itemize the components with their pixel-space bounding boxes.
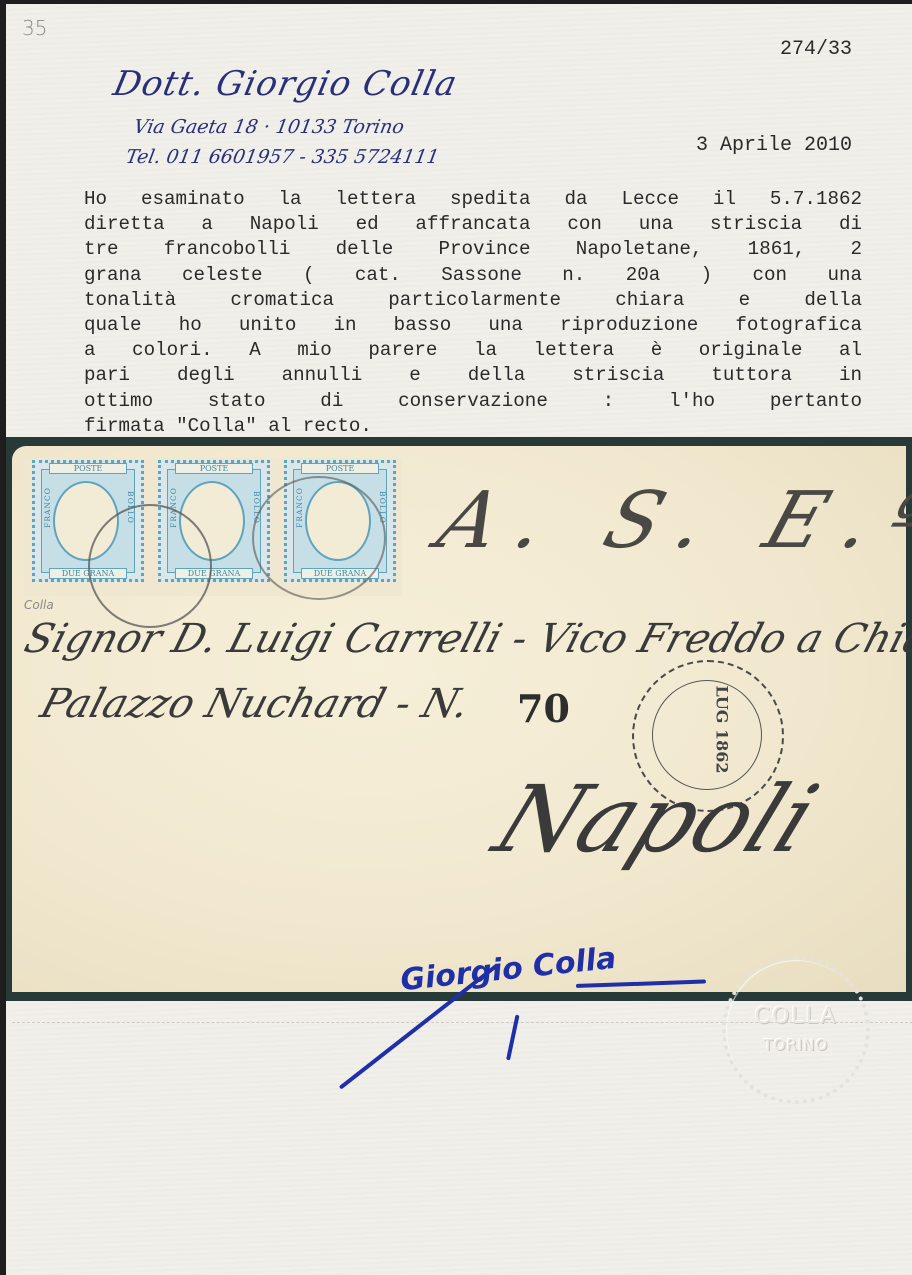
reference-number: 274/33 <box>780 38 852 61</box>
embossed-seal: COLLA TORINO <box>722 956 870 1104</box>
seal-line-2: TORINO <box>726 1036 866 1054</box>
address-city: Napoli <box>480 766 832 873</box>
body-line: Ho esaminato la lettera spedita da Lecce… <box>84 187 862 212</box>
seal-line-1: COLLA <box>726 1004 866 1029</box>
certificate-body: Ho esaminato la lettera spedita da Lecce… <box>84 187 862 439</box>
body-line: tonalità cromatica particolarmente chiar… <box>84 288 862 313</box>
address-line-building: Palazzo Nuchard - N. <box>35 681 474 727</box>
stamp-top-label: POSTE <box>175 463 253 474</box>
body-line: pari degli annulli e della striscia tutt… <box>84 363 862 388</box>
postmark-date: LUG 1862 <box>713 685 732 773</box>
letterhead-name: Dott. Giorgio Colla <box>110 64 461 104</box>
cancellation-mark <box>252 476 386 600</box>
stamp-left-label: FRANCO <box>43 487 52 528</box>
address-line-honorific: A. S. E.ª <box>427 476 912 566</box>
envelope-photo: POSTE DUE GRANA FRANCO BOLLO POSTE DUE G… <box>12 446 906 992</box>
body-line: diretta a Napoli ed affrancata con una s… <box>84 212 862 237</box>
body-line: tre francobolli delle Province Napoletan… <box>84 237 862 262</box>
body-line: a colori. A mio parere la lettera è orig… <box>84 338 862 363</box>
address-line-recipient: Signor D. Luigi Carrelli - Vico Freddo a… <box>19 616 912 662</box>
stamp-top-label: POSTE <box>301 463 379 474</box>
certificate-date: 3 Aprile 2010 <box>696 134 852 157</box>
letterhead-telephone: Tel. 011 6601957 - 335 5724111 <box>124 146 441 168</box>
body-line: ottimo stato di conservazione : l'ho per… <box>84 389 862 414</box>
pencil-note: Colla <box>24 598 54 612</box>
house-number: 70 <box>517 686 570 731</box>
body-line: quale ho unito in basso una riproduzione… <box>84 313 862 338</box>
letterhead-address: Via Gaeta 18 · 10133 Torino <box>132 116 406 138</box>
pencil-number: 35 <box>22 16 47 40</box>
body-line: firmata "Colla" al recto. <box>84 414 862 439</box>
stamp-top-label: POSTE <box>49 463 127 474</box>
body-line: grana celeste ( cat. Sassone n. 20a ) co… <box>84 263 862 288</box>
cancellation-mark <box>88 504 212 628</box>
